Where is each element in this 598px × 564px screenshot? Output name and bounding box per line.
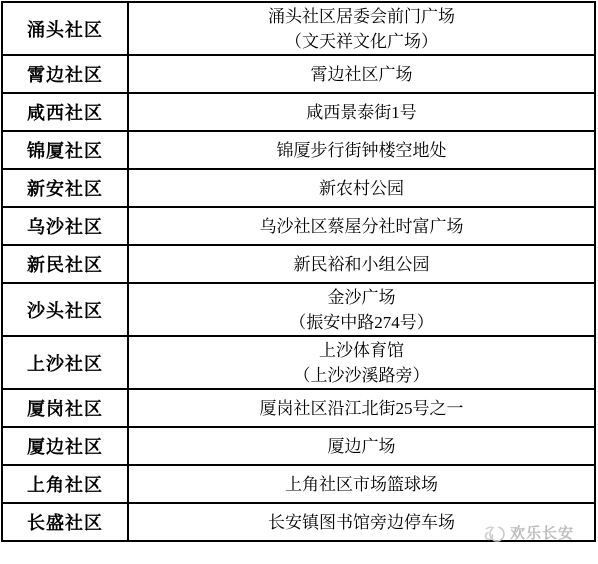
- location-line: 上沙体育馆: [129, 338, 594, 363]
- location-line: 锦厦步行街钟楼空地处: [129, 138, 594, 163]
- location-line: 涌头社区居委会前门广场: [129, 4, 594, 29]
- table-row: 新民社区新民裕和小组公园: [2, 245, 595, 283]
- watermark-label: 欢乐长安: [510, 522, 574, 543]
- location-line: 新民裕和小组公园: [129, 252, 594, 277]
- community-cell: 沙头社区: [2, 283, 128, 336]
- location-cell: 厦岗社区沿江北街25号之一: [128, 389, 595, 427]
- location-cell: 上沙体育馆（上沙沙溪路旁）: [128, 336, 595, 389]
- community-cell: 锦厦社区: [2, 131, 128, 169]
- table-row: 沙头社区金沙广场（振安中路274号）: [2, 283, 595, 336]
- location-cell: 厦边广场: [128, 427, 595, 465]
- table-row: 咸西社区咸西景泰街1号: [2, 93, 595, 131]
- table-row: 新安社区新农村公园: [2, 169, 595, 207]
- community-cell: 新安社区: [2, 169, 128, 207]
- community-cell: 上沙社区: [2, 336, 128, 389]
- location-cell: 涌头社区居委会前门广场（文天祥文化广场）: [128, 2, 595, 55]
- location-cell: 乌沙社区蔡屋分社时富广场: [128, 207, 595, 245]
- table-row: 厦边社区厦边广场: [2, 427, 595, 465]
- table-row: 乌沙社区乌沙社区蔡屋分社时富广场: [2, 207, 595, 245]
- table-body: 涌头社区涌头社区居委会前门广场（文天祥文化广场）霄边社区霄边社区广场咸西社区咸西…: [2, 2, 595, 541]
- table-row: 涌头社区涌头社区居委会前门广场（文天祥文化广场）: [2, 2, 595, 55]
- community-cell: 长盛社区: [2, 503, 128, 541]
- location-line: 咸西景泰街1号: [129, 100, 594, 125]
- location-cell: 咸西景泰街1号: [128, 93, 595, 131]
- location-cell: 上角社区市场篮球场: [128, 465, 595, 503]
- huanle-changan-logo-icon: [484, 523, 506, 543]
- table-row: 霄边社区霄边社区广场: [2, 55, 595, 93]
- watermark: 欢乐长安: [484, 522, 574, 543]
- location-line: 厦边广场: [129, 434, 594, 459]
- location-cell: 锦厦步行街钟楼空地处: [128, 131, 595, 169]
- location-line: 霄边社区广场: [129, 62, 594, 87]
- table-row: 上沙社区上沙体育馆（上沙沙溪路旁）: [2, 336, 595, 389]
- community-cell: 厦岗社区: [2, 389, 128, 427]
- table-row: 厦岗社区厦岗社区沿江北街25号之一: [2, 389, 595, 427]
- location-line: 金沙广场: [129, 285, 594, 310]
- location-cell: 金沙广场（振安中路274号）: [128, 283, 595, 336]
- location-cell: 新民裕和小组公园: [128, 245, 595, 283]
- community-cell: 新民社区: [2, 245, 128, 283]
- table-row: 锦厦社区锦厦步行街钟楼空地处: [2, 131, 595, 169]
- community-cell: 霄边社区: [2, 55, 128, 93]
- community-cell: 厦边社区: [2, 427, 128, 465]
- location-line: 上角社区市场篮球场: [129, 472, 594, 497]
- table-row: 上角社区上角社区市场篮球场: [2, 465, 595, 503]
- location-line: （振安中路274号）: [129, 310, 594, 335]
- location-line: 乌沙社区蔡屋分社时富广场: [129, 214, 594, 239]
- location-line: （上沙沙溪路旁）: [129, 363, 594, 388]
- community-cell: 乌沙社区: [2, 207, 128, 245]
- location-line: 新农村公园: [129, 176, 594, 201]
- location-line: 厦岗社区沿江北街25号之一: [129, 396, 594, 421]
- community-cell: 咸西社区: [2, 93, 128, 131]
- location-cell: 霄边社区广场: [128, 55, 595, 93]
- location-line: （文天祥文化广场）: [129, 29, 594, 54]
- location-cell: 新农村公园: [128, 169, 595, 207]
- community-cell: 上角社区: [2, 465, 128, 503]
- community-location-table: 涌头社区涌头社区居委会前门广场（文天祥文化广场）霄边社区霄边社区广场咸西社区咸西…: [1, 1, 596, 542]
- community-cell: 涌头社区: [2, 2, 128, 55]
